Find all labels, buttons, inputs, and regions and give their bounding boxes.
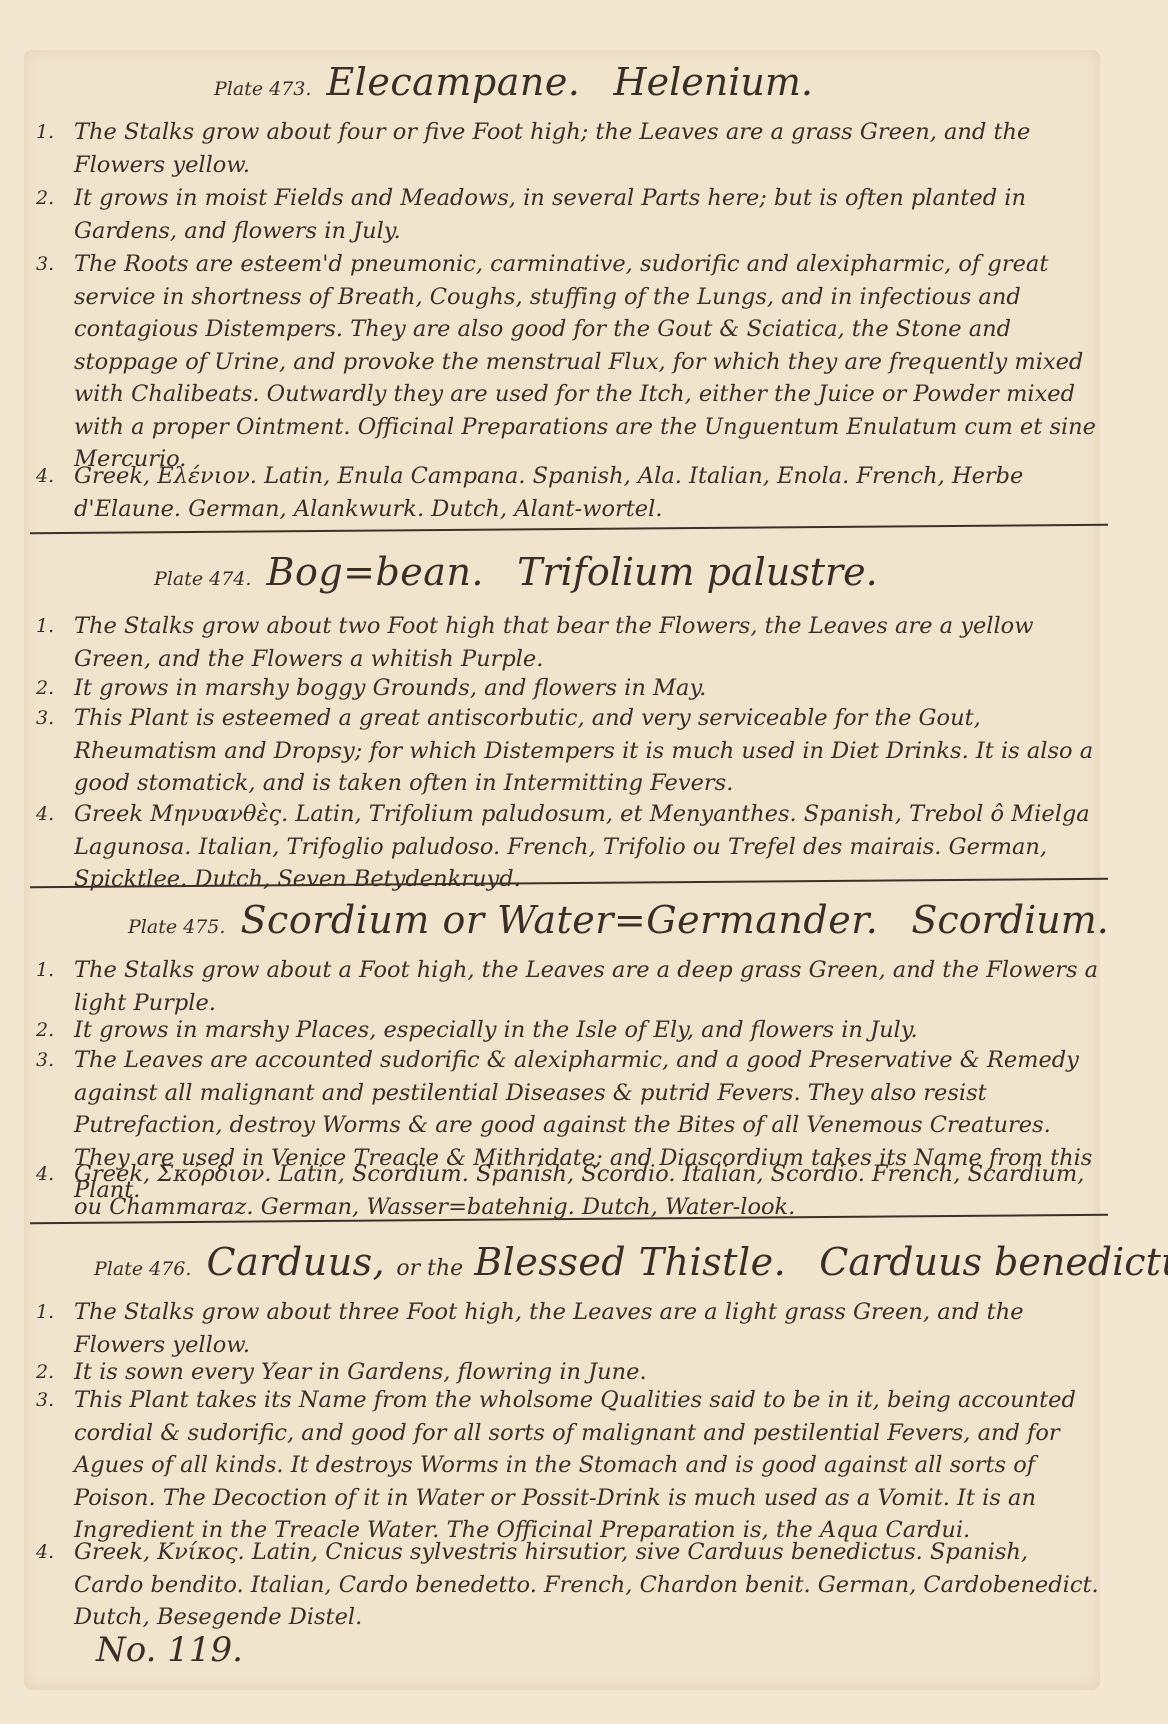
item-text: Greek, Σκόρδιον. Latin, Scordium. Spanis…	[74, 1158, 1104, 1223]
item-text: The Stalks grow about a Foot high, the L…	[74, 954, 1104, 1019]
item-number: 2.	[36, 672, 66, 705]
plate-473-heading: Plate 473. Elecampane. Helenium.	[214, 60, 813, 104]
item-number: 3.	[36, 1384, 66, 1417]
item-text: It grows in marshy Places, especially in…	[74, 1014, 1104, 1047]
item-number: 1.	[36, 116, 66, 149]
plate-475-heading: Plate 475. Scordium or Water=Germander. …	[128, 898, 1109, 942]
plate-impression: Plate 473. Elecampane. Helenium. 1. The …	[24, 50, 1100, 1690]
item-number: 4.	[36, 798, 66, 831]
item-number: 1.	[36, 954, 66, 987]
item-number: 4.	[36, 1536, 66, 1569]
item-number: 2.	[36, 182, 66, 215]
item-text: Greek, Ελένιον. Latin, Enula Campana. Sp…	[74, 460, 1104, 525]
item-text: The Roots are esteem'd pneumonic, carmin…	[74, 248, 1104, 476]
item-text: This Plant takes its Name from the whols…	[74, 1384, 1104, 1547]
plant-name: Elecampane.	[327, 60, 581, 104]
plant-name-part-2: Blessed Thistle.	[474, 1240, 786, 1284]
plate-number: Plate 476.	[94, 1258, 191, 1280]
section-divider	[30, 524, 1108, 534]
plate-number: Plate 473.	[214, 78, 311, 100]
item-number: 4.	[36, 460, 66, 493]
title-connector: or the	[396, 1256, 463, 1281]
item-text: Greek, Κνίκος. Latin, Cnicus sylvestris …	[74, 1536, 1104, 1634]
item-text: The Stalks grow about three Foot high, t…	[74, 1296, 1104, 1361]
item-text: The Stalks grow about four or five Foot …	[74, 116, 1104, 181]
item-number: 3.	[36, 1044, 66, 1077]
latin-name: Helenium.	[613, 60, 812, 104]
item-number: 4.	[36, 1158, 66, 1191]
item-number: 1.	[36, 1296, 66, 1329]
item-number: 3.	[36, 702, 66, 735]
page-number: No. 119.	[96, 1630, 243, 1670]
item-number: 2.	[36, 1014, 66, 1047]
plate-474-heading: Plate 474. Bog=bean. Trifolium palustre.	[154, 550, 878, 594]
latin-name: Scordium.	[911, 898, 1108, 942]
plant-name-part-1: Carduus,	[207, 1240, 386, 1284]
item-text: The Stalks grow about two Foot high that…	[74, 610, 1104, 675]
plate-476-heading: Plate 476. Carduus, or the Blessed Thist…	[94, 1240, 1168, 1284]
plant-name: Bog=bean.	[267, 550, 485, 594]
item-number: 3.	[36, 248, 66, 281]
item-number: 1.	[36, 610, 66, 643]
plant-name: Scordium or Water=Germander.	[241, 898, 879, 942]
item-text: It grows in marshy boggy Grounds, and fl…	[74, 672, 1104, 705]
plate-number: Plate 474.	[154, 568, 251, 590]
item-text: It grows in moist Fields and Meadows, in…	[74, 182, 1104, 247]
latin-name: Carduus benedictus.	[819, 1240, 1168, 1284]
latin-name: Trifolium palustre.	[517, 550, 878, 594]
plate-number: Plate 475.	[128, 916, 225, 938]
item-text: This Plant is esteemed a great antiscorb…	[74, 702, 1104, 800]
